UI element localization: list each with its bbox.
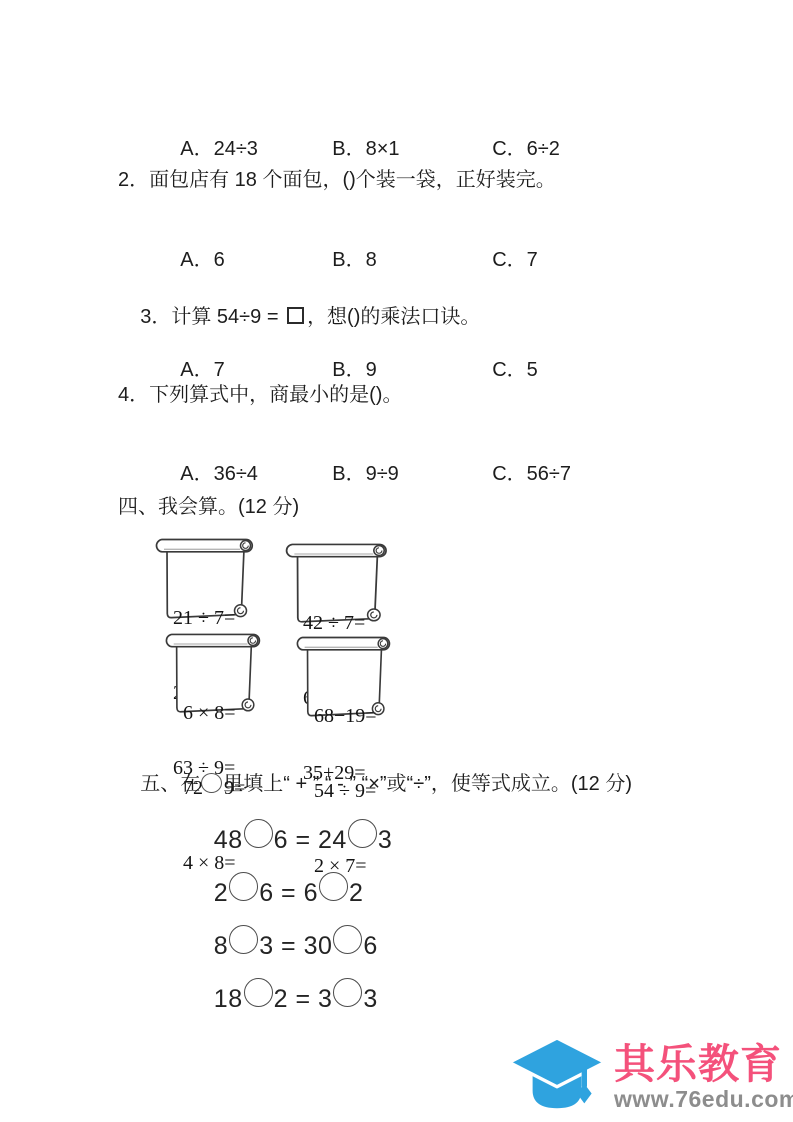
q4-option-c: C．56÷7 <box>492 461 571 487</box>
section-four-title: 四、我会算。(12 分) <box>118 494 299 520</box>
q3-option-c: C．5 <box>492 357 538 383</box>
logo-text-block: 其乐教育 www.76edu.com <box>614 1041 793 1112</box>
footer-logo: 其乐教育 www.76edu.com <box>506 1036 793 1116</box>
q1-option-a: A．24÷3 <box>180 136 332 162</box>
scroll-card-2: 42 ÷ 7= 64 ÷ 8= 35+29= <box>284 542 392 634</box>
brand-name: 其乐教育 <box>614 1041 793 1087</box>
equation-number: 3 <box>378 826 392 854</box>
q2-option-b: B．8 <box>332 247 492 273</box>
website-url: www.76edu.com <box>614 1087 793 1112</box>
graduation-cap-icon <box>506 1036 608 1116</box>
q4-option-a: A．36÷4 <box>180 461 332 487</box>
equation-number: 18 <box>214 985 243 1013</box>
scroll-card-4: 68−19= 54 ÷ 9= 2 × 7= <box>295 635 395 728</box>
blank-square-box <box>287 307 304 324</box>
scroll-line: 68−19= <box>314 704 377 729</box>
q2-option-a: A．6 <box>180 247 332 273</box>
scroll-line: 42 ÷ 7= <box>303 611 366 636</box>
question3-text-after: ，想()的乘法口诀。 <box>307 306 480 328</box>
worksheet-page: A．24÷3B．8×1C．6÷2 2．面包店有 18 个面包，()个装一袋，正好… <box>0 0 793 1122</box>
question2-text: 2．面包店有 18 个面包，()个装一袋，正好装完。 <box>118 167 556 193</box>
question4-text: 4．下列算式中，商最小的是()。 <box>118 382 402 408</box>
q3-option-b: B．9 <box>332 357 492 383</box>
question3-text-before: 3．计算 54÷9 = <box>140 306 284 328</box>
q1-option-b: B．8×1 <box>332 136 492 162</box>
equation-number: 2 = 3 <box>274 985 333 1013</box>
operator-circle <box>244 978 273 1007</box>
q4-option-b: B．9÷9 <box>332 461 492 487</box>
q1-option-c: C．6÷2 <box>492 136 560 162</box>
equation-row-4: 182 = 33 <box>186 949 378 1043</box>
scroll-card-1: 21 ÷ 7= 2 × 9= 63 ÷ 9= <box>154 537 258 630</box>
q2-option-c: C．7 <box>492 247 538 273</box>
scroll-line: 6 × 8= <box>183 701 245 726</box>
operator-circle <box>333 978 362 1007</box>
q3-option-a: A．7 <box>180 357 332 383</box>
scroll-line: 21 ÷ 7= <box>173 606 235 631</box>
equation-number: 3 <box>363 985 377 1013</box>
scroll-card-3: 6 × 8= 72 ÷ 9= 4 × 8= <box>164 632 265 724</box>
